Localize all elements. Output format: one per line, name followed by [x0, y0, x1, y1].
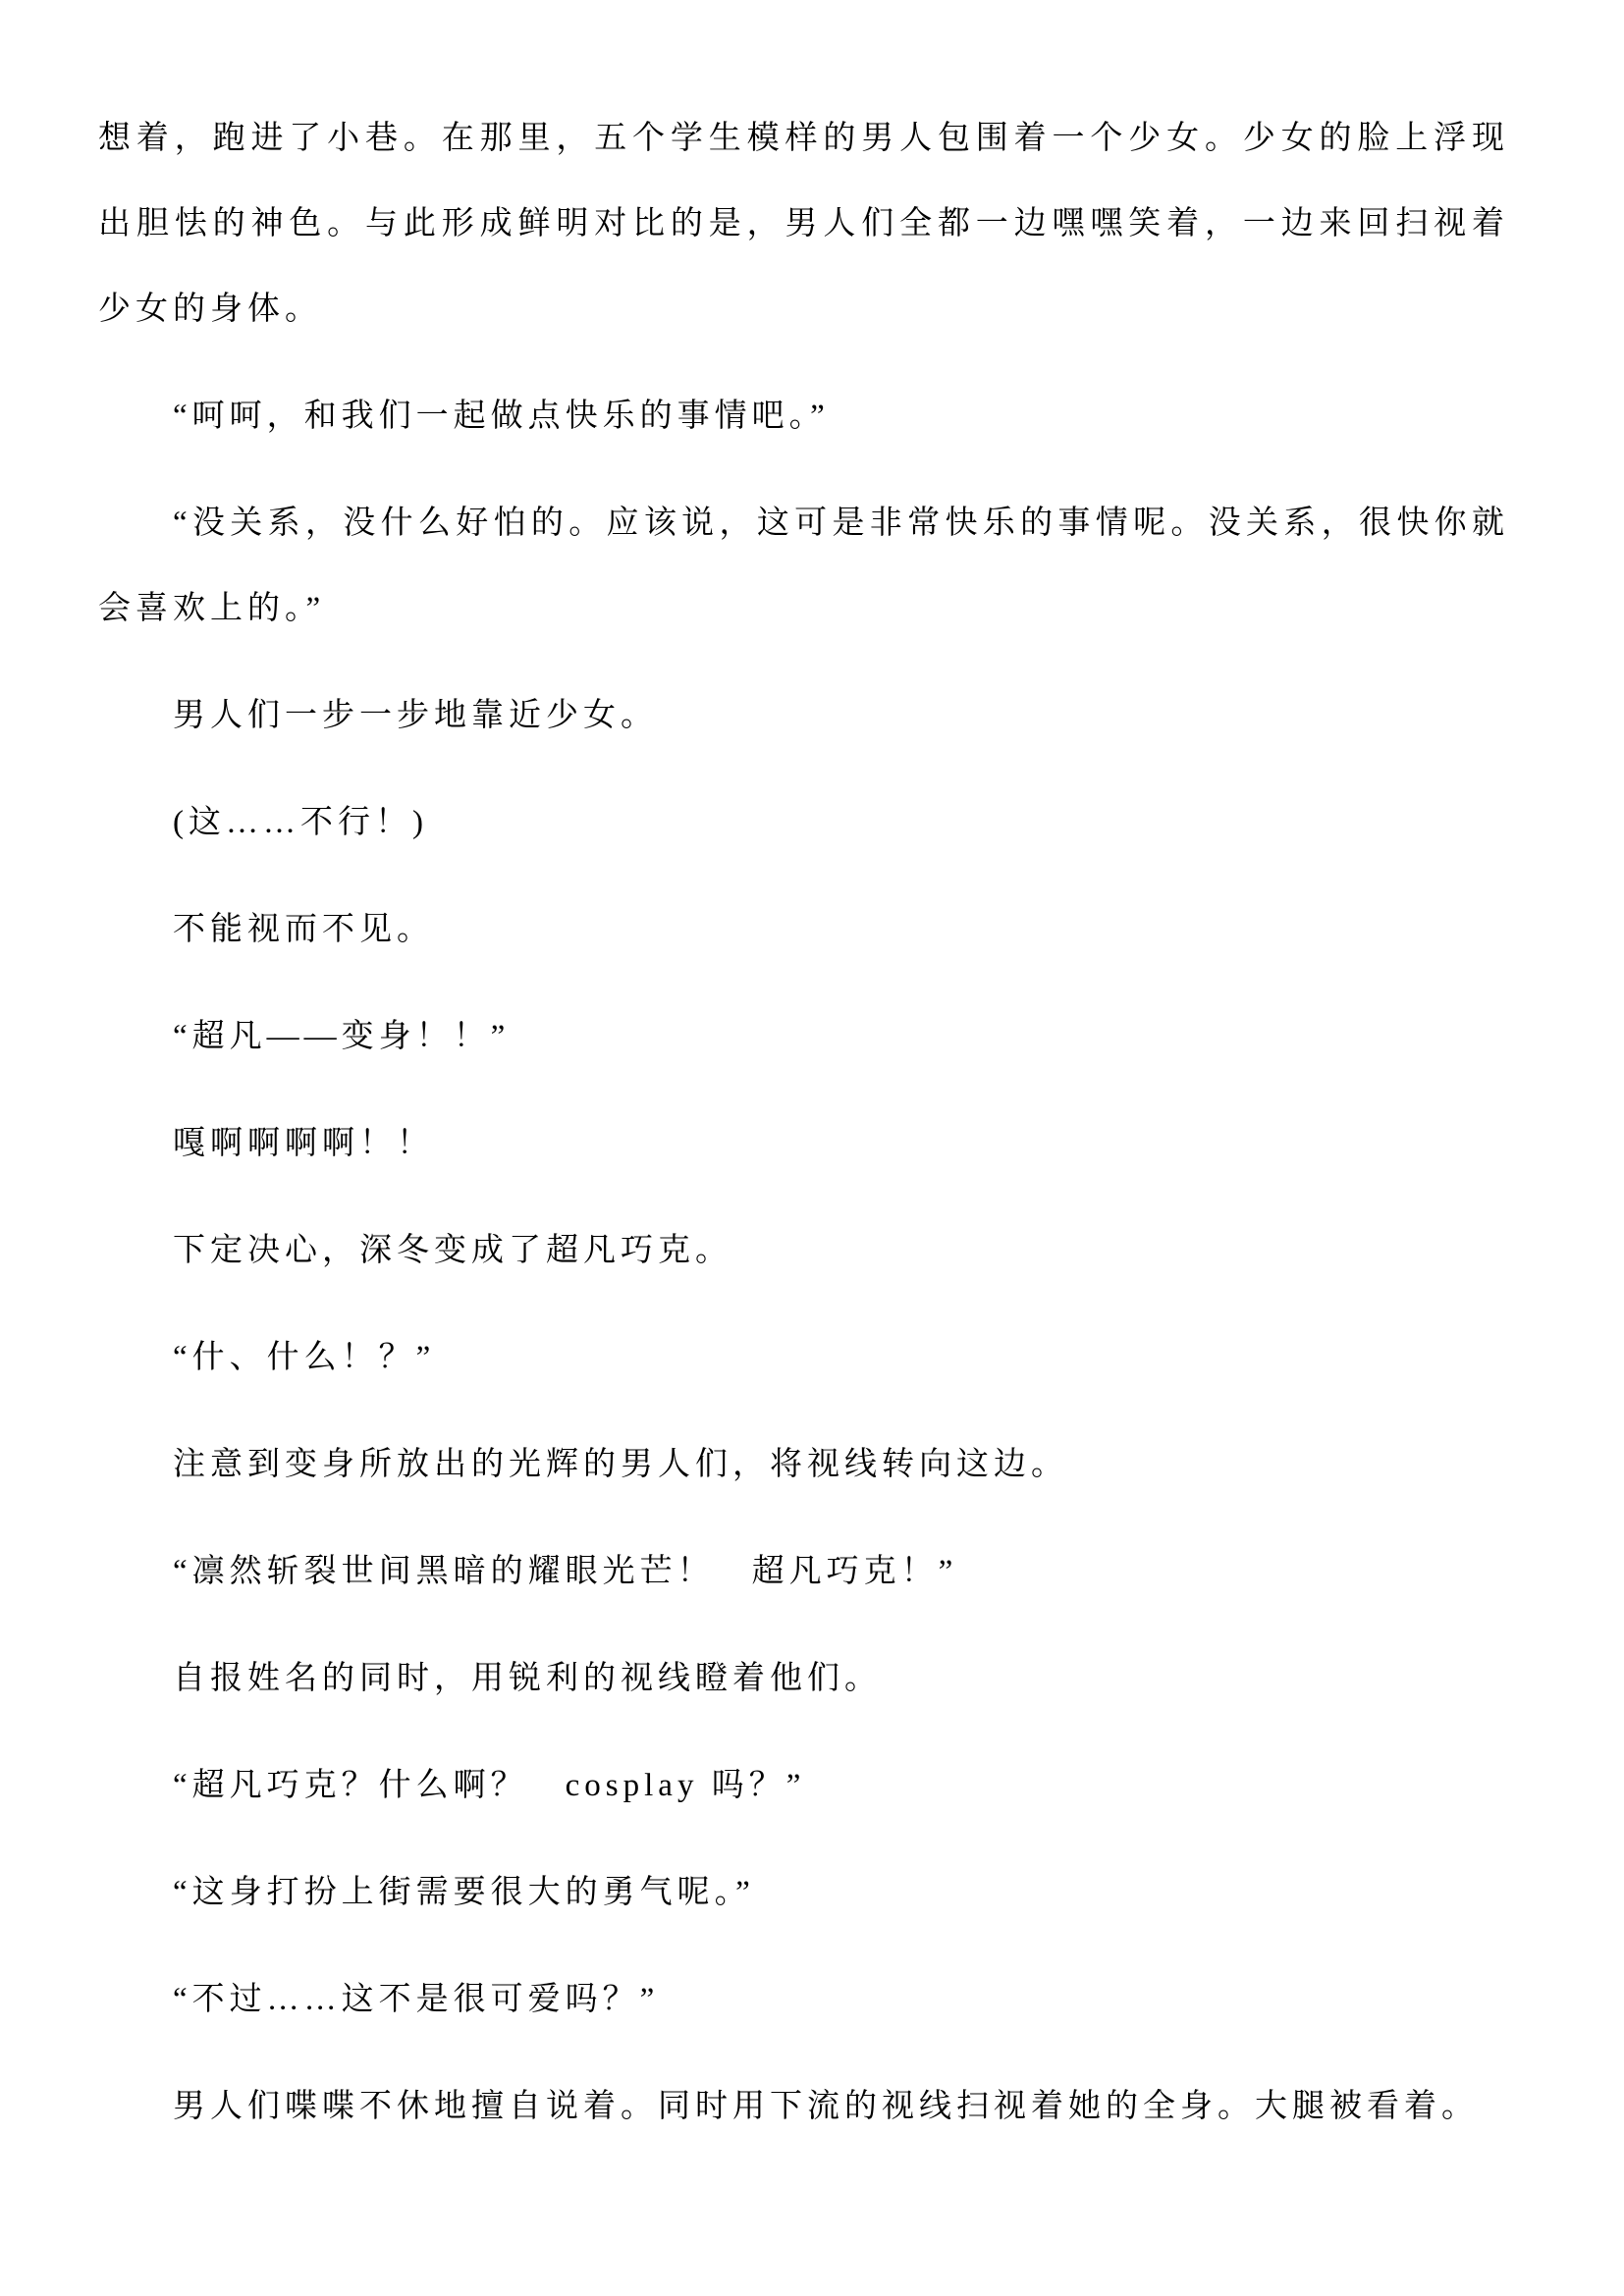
paragraph: “什、什么！？” — [98, 1315, 1509, 1401]
paragraph: 注意到变身所放出的光辉的男人们，将视线转向这边。 — [98, 1422, 1509, 1508]
paragraph: 自报姓名的同时，用锐利的视线瞪着他们。 — [98, 1636, 1509, 1722]
paragraph: 不能视而不见。 — [98, 887, 1509, 973]
paragraph: 下定决心，深冬变成了超凡巧克。 — [98, 1208, 1509, 1294]
paragraph: “凛然斩裂世间黑暗的耀眼光芒！ 超凡巧克！” — [98, 1529, 1509, 1615]
paragraph: 男人们一步一步地靠近少女。 — [98, 673, 1509, 759]
text-content: 想着，跑进了小巷。在那里，五个学生模样的男人包围着一个少女。少女的脸上浮现出胆怯… — [98, 96, 1509, 2150]
paragraph: 男人们喋喋不休地擅自说着。同时用下流的视线扫视着她的全身。大腿被看着。 — [98, 2064, 1509, 2150]
document-page: 想着，跑进了小巷。在那里，五个学生模样的男人包围着一个少女。少女的脸上浮现出胆怯… — [0, 0, 1624, 2296]
paragraph: “超凡——变身！！” — [98, 994, 1509, 1080]
paragraph: “没关系，没什么好怕的。应该说，这可是非常快乐的事情呢。没关系，很快你就会喜欢上… — [98, 481, 1509, 652]
paragraph: 嘎啊啊啊啊！！ — [98, 1101, 1509, 1187]
paragraph: “这身打扮上街需要很大的勇气呢。” — [98, 1850, 1509, 1936]
paragraph: (这……不行！) — [98, 780, 1509, 866]
paragraph: 想着，跑进了小巷。在那里，五个学生模样的男人包围着一个少女。少女的脸上浮现出胆怯… — [98, 96, 1509, 352]
paragraph: “超凡巧克？什么啊？ cosplay 吗？” — [98, 1743, 1509, 1829]
paragraph: “呵呵，和我们一起做点快乐的事情吧。” — [98, 374, 1509, 459]
paragraph: “不过……这不是很可爱吗？” — [98, 1957, 1509, 2043]
